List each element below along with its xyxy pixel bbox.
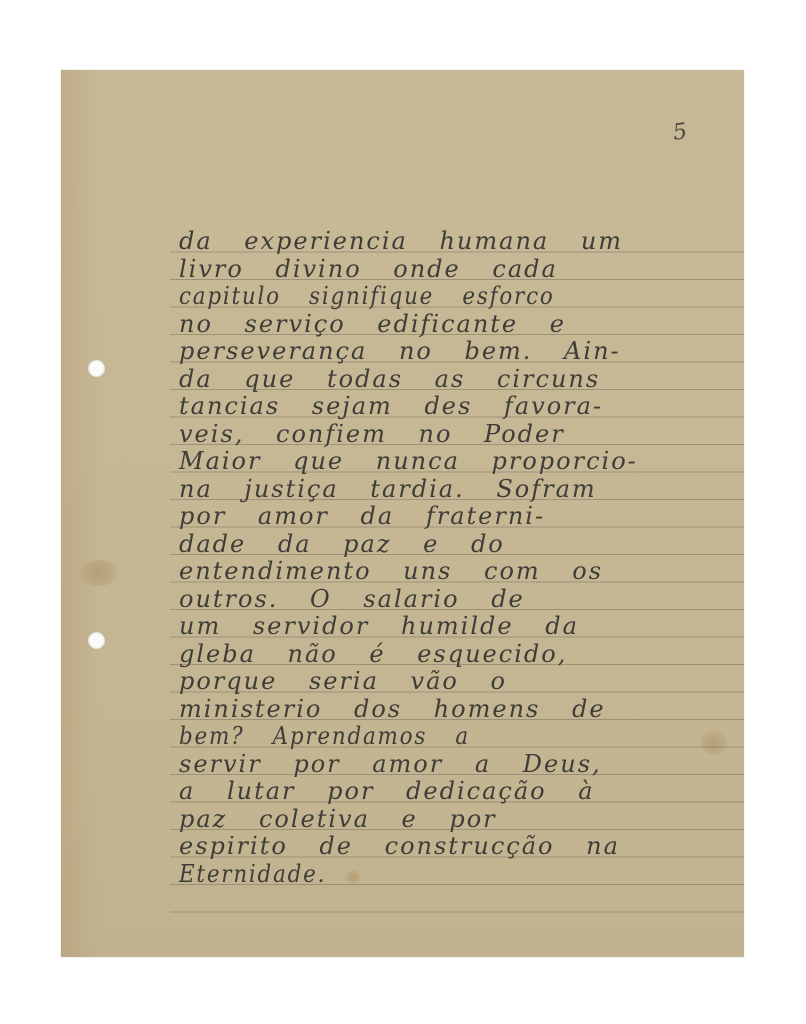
text-line: veis, confiem no Poder <box>179 421 739 449</box>
page-number: 5 <box>671 119 688 146</box>
paper-stain <box>79 560 119 586</box>
text-line: Maior que nunca proporcio- <box>179 448 739 476</box>
text-line: na justiça tardia. Sofram <box>179 476 739 504</box>
punch-hole-top <box>88 360 105 377</box>
punch-hole-bottom <box>88 632 105 649</box>
text-line: capitulo signifique esforco <box>179 283 679 311</box>
text-line: ministerio dos homens de <box>179 696 739 724</box>
text-line: porque seria vão o <box>179 668 739 696</box>
text-line: paz coletiva e por <box>179 806 739 834</box>
handwritten-text: da experiencia humana um livro divino on… <box>179 228 739 888</box>
text-line: da que todas as circuns <box>179 366 739 394</box>
text-line: gleba não é esquecido, <box>179 641 739 669</box>
text-line: a lutar por dedicação à <box>179 778 739 806</box>
text-line: outros. O salario de <box>179 586 739 614</box>
text-line: bem? Aprendamos a <box>179 723 679 751</box>
text-line: entendimento uns com os <box>179 558 739 586</box>
text-line: espirito de construcção na <box>179 833 739 861</box>
text-line: um servidor humilde da <box>179 613 739 641</box>
text-line: livro divino onde cada <box>179 256 739 284</box>
text-line: perseverança no bem. Ain- <box>179 338 739 366</box>
text-line: servir por amor a Deus, <box>179 751 739 779</box>
text-line: no serviço edificante e <box>179 311 739 339</box>
text-line: dade da paz e do <box>179 531 739 559</box>
text-line: Eternidade. <box>179 861 679 889</box>
text-line: tancias sejam des favora- <box>179 393 739 421</box>
text-line: por amor da fraterni- <box>179 503 739 531</box>
text-line: da experiencia humana um <box>179 228 739 256</box>
manuscript-page: 5 da experiencia humana um livro divino … <box>61 70 744 957</box>
